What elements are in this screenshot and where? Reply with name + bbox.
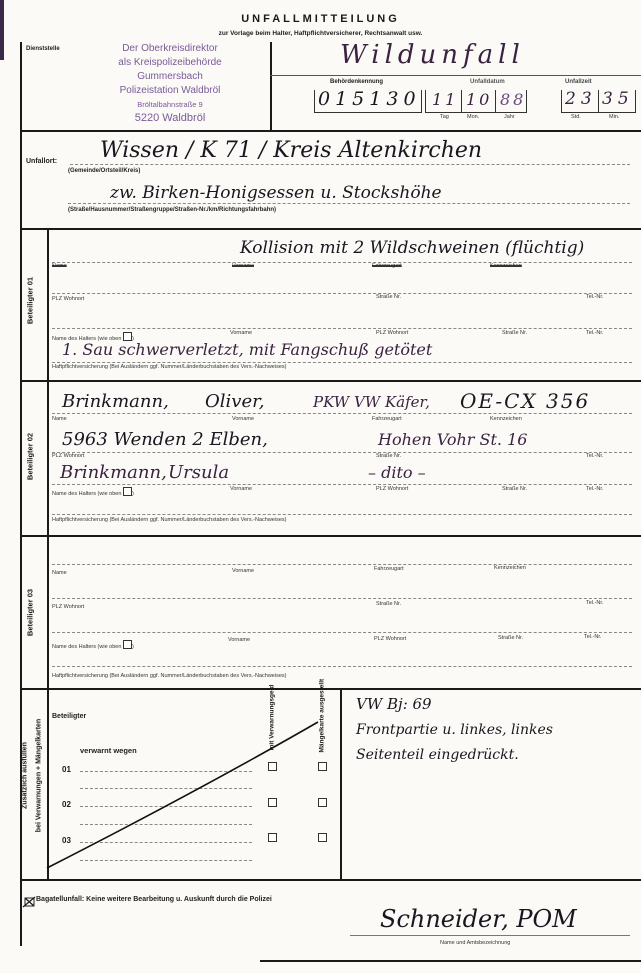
signature-label: Name und Amtsbezeichnung bbox=[440, 940, 510, 946]
remarks-line-1[interactable]: VW Bj: 69 bbox=[356, 695, 432, 713]
bagatell-text: Bagatellunfall: Keine weitere Bearbeitun… bbox=[36, 896, 272, 903]
remarks-line-3[interactable]: Seitenteil eingedrückt. bbox=[356, 747, 519, 763]
strike-through-line bbox=[0, 0, 641, 973]
checked-x-icon bbox=[22, 896, 36, 908]
bagatell-checkbox[interactable] bbox=[22, 895, 34, 905]
remarks-line-2[interactable]: Frontpartie u. linkes, linkes bbox=[356, 722, 553, 738]
signature: Schneider, POM bbox=[380, 905, 577, 933]
signature-line bbox=[350, 935, 630, 936]
